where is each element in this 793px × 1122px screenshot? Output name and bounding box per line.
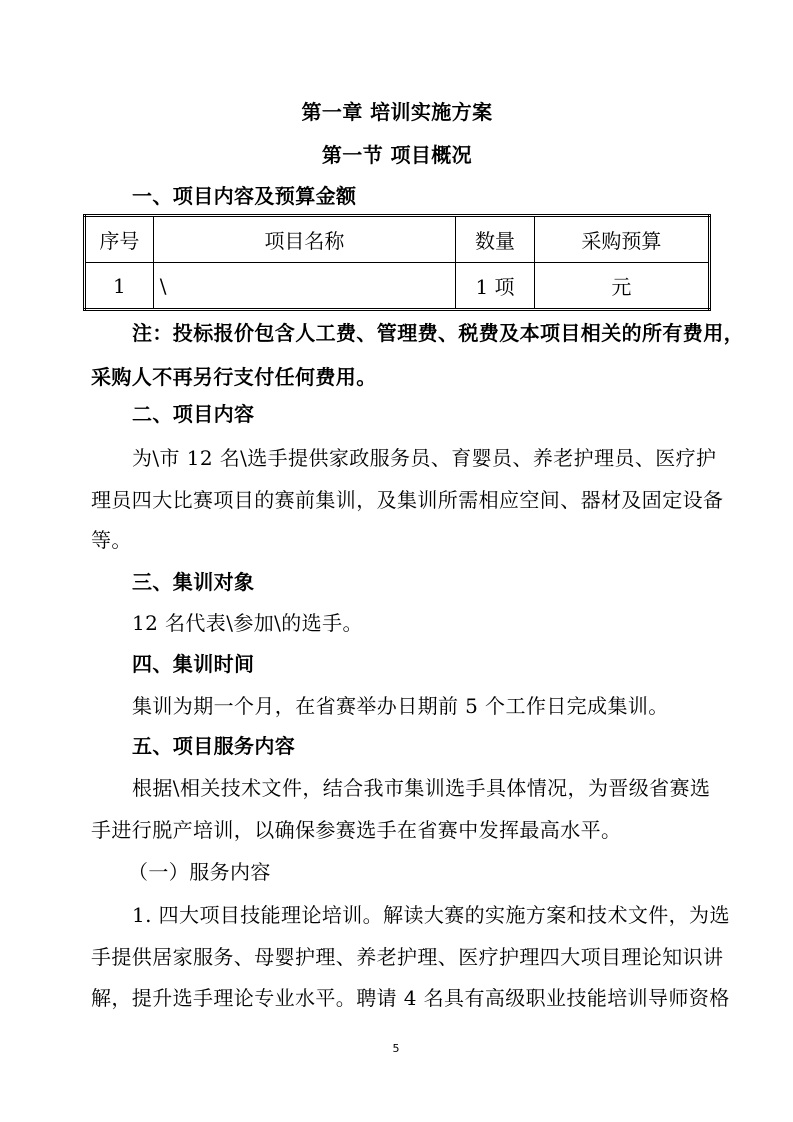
header-cell-budget: 采购预算: [534, 216, 709, 263]
budget-table: 序号 项目名称 数量 采购预算 1 \ 1 项 元: [83, 214, 711, 311]
project-content-line-2: 理员四大比赛项目的赛前集训，及集训所需相应空间、器材及固定设备: [91, 485, 703, 515]
training-target-text: 12 名代表\参加\的选手。: [132, 608, 703, 638]
heading-training-time: 四、集训时间: [132, 649, 703, 679]
cell-budget: 元: [534, 263, 709, 310]
section-title: 第一节 项目概况: [91, 140, 703, 170]
item-1-line-2: 手提供居家服务、母婴护理、养老护理、医疗护理四大项目理论知识讲: [91, 942, 703, 972]
header-cell-quantity: 数量: [456, 216, 535, 263]
page-number: 5: [386, 1042, 406, 1056]
project-content-line-1: 为\市 12 名\选手提供家政服务员、育婴员、养老护理员、医疗护: [132, 443, 703, 473]
subsection-service-content: （一）服务内容: [128, 857, 699, 887]
item-1-line-3: 解，提升选手理论专业水平。聘请 4 名具有高级职业技能培训导师资格: [91, 983, 703, 1013]
service-content-line-1: 根据\相关技术文件，结合我市集训选手具体情况，为晋级省赛选: [132, 773, 703, 803]
cell-index: 1: [85, 263, 154, 310]
header-cell-index: 序号: [85, 216, 154, 263]
table-row: 1 \ 1 项 元: [85, 263, 710, 310]
header-cell-name: 项目名称: [153, 216, 455, 263]
heading-training-target: 三、集训对象: [132, 567, 703, 597]
cell-name: \: [153, 263, 455, 310]
heading-service-content: 五、项目服务内容: [132, 731, 703, 761]
service-content-line-2: 手进行脱产培训，以确保参赛选手在省赛中发挥最高水平。: [91, 815, 703, 845]
note-line-2: 采购人不再另行支付任何费用。: [91, 362, 703, 392]
heading-project-content: 二、项目内容: [132, 399, 703, 429]
project-content-line-3: 等。: [91, 525, 703, 555]
chapter-title: 第一章 培训实施方案: [91, 97, 703, 127]
training-time-text: 集训为期一个月，在省赛举办日期前 5 个工作日完成集训。: [132, 691, 703, 721]
heading-budget: 一、项目内容及预算金额: [132, 181, 703, 211]
table-header-row: 序号 项目名称 数量 采购预算: [85, 216, 710, 263]
note-line-1: 注：投标报价包含人工费、管理费、税费及本项目相关的所有费用，: [132, 318, 703, 348]
cell-quantity: 1 项: [456, 263, 535, 310]
item-1-line-1: 1. 四大项目技能理论培训。解读大赛的实施方案和技术文件，为选: [132, 900, 703, 930]
